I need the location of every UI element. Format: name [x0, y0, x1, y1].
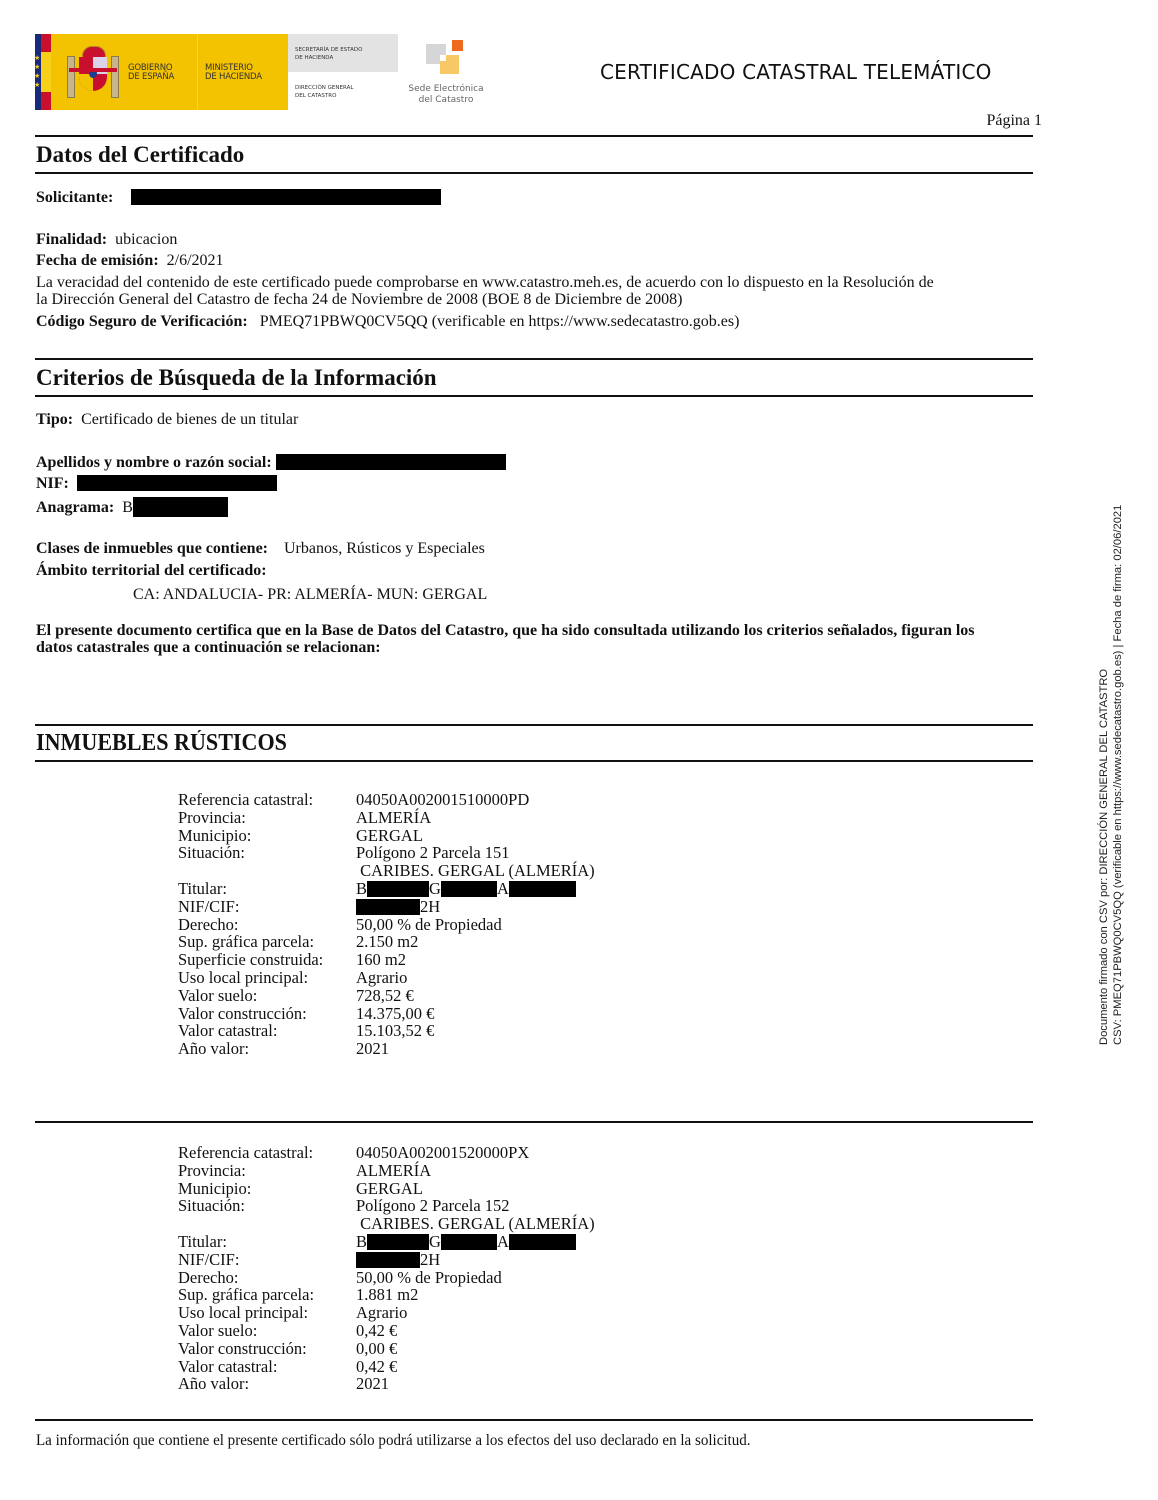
redacted-block	[77, 475, 277, 491]
titular-value: BGA	[356, 880, 576, 898]
divider	[35, 1121, 1033, 1123]
referencia-catastral: 04050A002001510000PD	[356, 791, 529, 809]
section-heading-criterios: Criterios de Búsqueda de la Información	[36, 365, 437, 391]
logo-gobierno-text: GOBIERNODE ESPAÑA	[128, 64, 174, 82]
flag-strip-icon: ★★★★	[35, 34, 51, 110]
page-number: Página 1	[986, 112, 1042, 130]
nif-value: 2H	[356, 898, 440, 916]
property-block: Referencia catastral:04050A002001510000P…	[178, 791, 678, 1058]
redacted-block	[441, 1234, 497, 1250]
redacted-block	[509, 881, 576, 897]
document-title: CERTIFICADO CATASTRAL TELEMÁTICO	[600, 60, 992, 84]
property-block: Referencia catastral:04050A002001520000P…	[178, 1144, 678, 1393]
solicitante-label: Solicitante:	[36, 189, 113, 206]
sede-electronica-logo: Sede Electrónicadel Catastro	[402, 36, 492, 114]
clases-label: Clases de inmuebles que contiene:	[36, 540, 268, 557]
divider	[35, 1419, 1033, 1421]
logo-direccion-text: DIRECCIÓN GENERALDEL CATASTRO	[295, 84, 353, 100]
fecha-value: 2/6/2021	[167, 252, 224, 269]
divider	[35, 135, 1033, 137]
gobierno-espana-logo: ★★★★ GOBIERNODE ESPAÑA MINISTERIODE HACI…	[35, 34, 288, 110]
veracidad-paragraph: La veracidad del contenido de este certi…	[36, 274, 1036, 308]
anagrama-prefix: B	[122, 499, 133, 516]
anagrama-row: Anagrama: B	[36, 497, 228, 517]
redacted-block	[367, 1234, 429, 1250]
redacted-block	[356, 1252, 420, 1268]
redacted-block	[131, 189, 441, 205]
csv-value: PMEQ71PBWQ0CV5QQ (verificable en https:/…	[260, 313, 740, 330]
logo-secretaria-text: SECRETARÍA DE ESTADODE HACIENDA	[295, 46, 362, 62]
finalidad-row: Finalidad: ubicacion	[36, 231, 177, 249]
footer-note: La información que contiene el presente …	[36, 1432, 751, 1450]
coat-of-arms-icon	[65, 44, 121, 100]
divider	[35, 172, 1033, 174]
tipo-label: Tipo:	[36, 411, 73, 428]
referencia-catastral: 04050A002001520000PX	[356, 1144, 529, 1162]
tipo-row: Tipo: Certificado de bienes de un titula…	[36, 411, 298, 429]
redacted-block	[441, 881, 497, 897]
csv-label: Código Seguro de Verificación:	[36, 313, 248, 330]
divider	[35, 724, 1033, 726]
apellidos-label: Apellidos y nombre o razón social:	[36, 454, 272, 471]
divider	[35, 395, 1033, 397]
redacted-block	[509, 1234, 576, 1250]
redacted-block	[133, 497, 228, 517]
fecha-label: Fecha de emisión:	[36, 252, 159, 269]
nif-row: NIF:	[36, 475, 277, 493]
redacted-block	[276, 454, 506, 470]
csv-row: Código Seguro de Verificación: PMEQ71PBW…	[36, 313, 739, 331]
section-heading-datos: Datos del Certificado	[36, 142, 244, 168]
finalidad-label: Finalidad:	[36, 231, 107, 248]
fecha-row: Fecha de emisión: 2/6/2021	[36, 252, 224, 270]
csv-signature-sidebar: Documento firmado con CSV por: DIRECCIÓN…	[1097, 505, 1125, 1045]
logo-ministerio-text: MINISTERIODE HACIENDA	[205, 64, 262, 82]
ambito-row: Ámbito territorial del certificado:	[36, 562, 267, 580]
ambito-label: Ámbito territorial del certificado:	[36, 562, 267, 579]
anagrama-label: Anagrama:	[36, 499, 114, 516]
section-heading-rusticos: INMUEBLES RÚSTICOS	[36, 730, 287, 757]
clases-row: Clases de inmuebles que contiene: Urbano…	[36, 540, 485, 558]
divider	[35, 760, 1033, 762]
redacted-block	[356, 899, 420, 915]
divider	[35, 358, 1033, 360]
certifica-paragraph: El presente documento certifica que en l…	[36, 622, 1086, 656]
logo-sede-text: Sede Electrónicadel Catastro	[402, 84, 490, 106]
titular-value: BGA	[356, 1233, 576, 1251]
apellidos-row: Apellidos y nombre o razón social:	[36, 454, 506, 472]
redacted-block	[367, 881, 429, 897]
tipo-value: Certificado de bienes de un titular	[81, 411, 298, 428]
secretaria-logo: SECRETARÍA DE ESTADODE HACIENDA DIRECCIÓ…	[288, 34, 398, 110]
ambito-value: CA: ANDALUCIA- PR: ALMERÍA- MUN: GERGAL	[133, 586, 487, 604]
finalidad-value: ubicacion	[115, 231, 177, 248]
nif-label: NIF:	[36, 475, 69, 492]
clases-value: Urbanos, Rústicos y Especiales	[284, 540, 485, 557]
solicitante-row: Solicitante:	[36, 189, 441, 207]
nif-value: 2H	[356, 1251, 440, 1269]
